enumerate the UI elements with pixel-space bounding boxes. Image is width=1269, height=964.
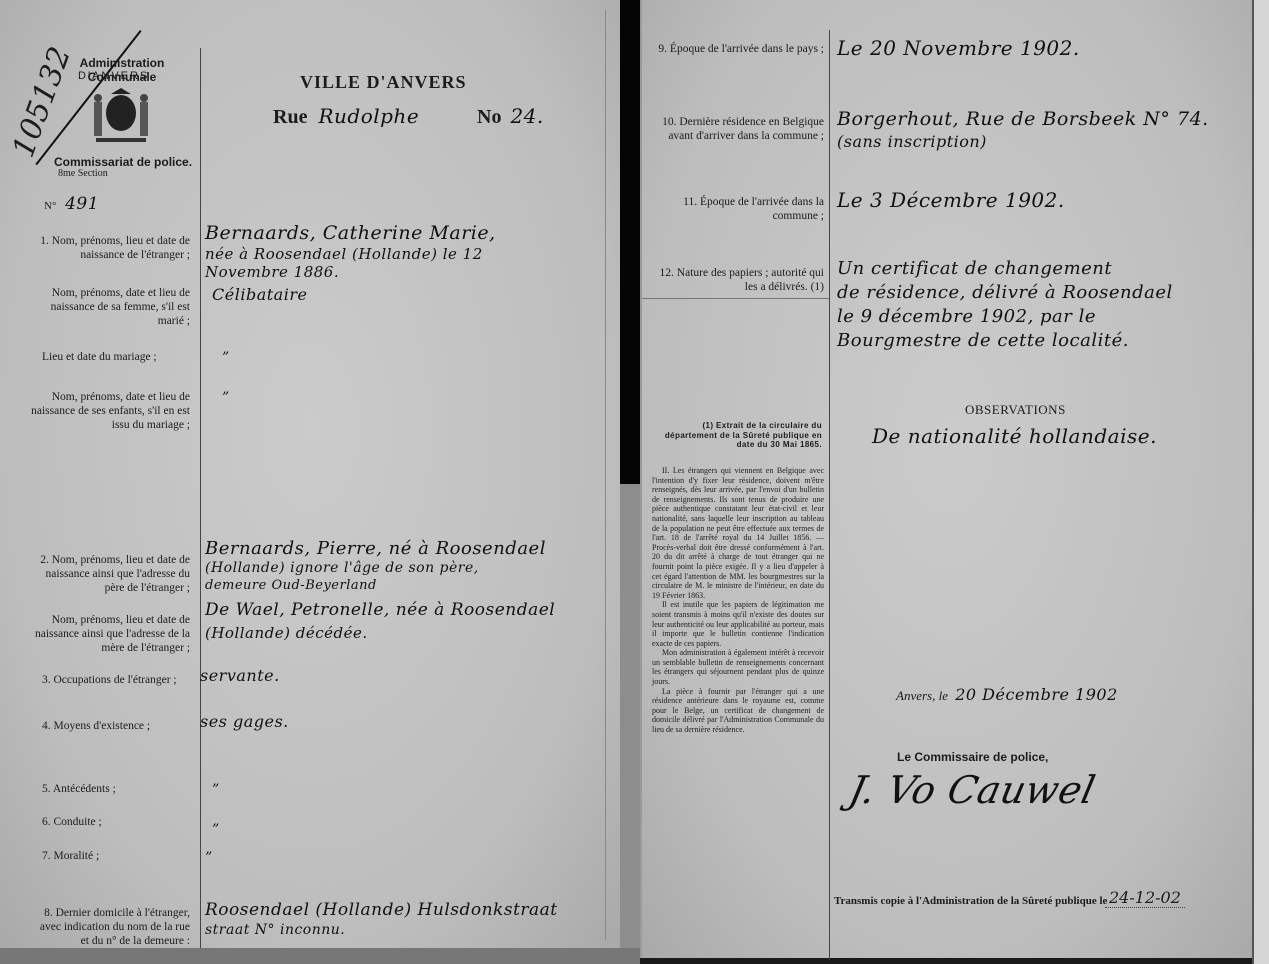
signature: J. Vo Cauwel xyxy=(845,768,1099,812)
house-number-line: No 24. xyxy=(477,104,544,129)
column-divider xyxy=(200,48,201,948)
field-value: demeure Oud-Beyerland xyxy=(205,578,377,593)
field-value: Borgerhout, Rue de Borsbeek N° 74. xyxy=(837,108,1209,130)
footnote-paragraph: Mon administration à également intérêt à… xyxy=(652,648,824,686)
field-label: 4. Moyens d'existence ; xyxy=(42,719,202,733)
coat-of-arms-icon xyxy=(86,88,156,146)
transmission-label: Transmis copie à l'Administration de la … xyxy=(834,895,1107,907)
numero-label: No xyxy=(477,106,501,128)
signer-title: Le Commissaire de police, xyxy=(897,750,1048,764)
section-label: 8me Section xyxy=(58,168,108,179)
place-date-line: Anvers, le 20 Décembre 1902 xyxy=(896,685,1118,704)
field-value: Un certificat de changement xyxy=(837,258,1112,279)
no-value: 491 xyxy=(65,194,99,214)
page-right-edge xyxy=(1252,0,1269,964)
ditto-mark: ” xyxy=(222,350,230,366)
ditto-mark: ” xyxy=(212,782,220,798)
rue-label: Rue xyxy=(273,106,307,128)
field-label: 2. Nom, prénoms, lieu et date de naissan… xyxy=(30,553,190,595)
rue-value: Rudolphe xyxy=(318,104,419,128)
field-label: 8. Dernier domicile à l'étranger, avec i… xyxy=(30,906,190,948)
field-label: Nom, prénoms, date et lieu de naissance … xyxy=(30,286,190,328)
field-value: De Wael, Petronelle, née à Roosendael xyxy=(205,600,555,620)
field-value: servante. xyxy=(200,666,280,685)
column-divider xyxy=(829,30,830,960)
field-label: 9. Époque de l'arrivée dans le pays ; xyxy=(652,42,824,56)
ditto-mark: ” xyxy=(222,390,230,406)
observations-title: OBSERVATIONS xyxy=(965,402,1066,418)
ditto-mark: ” xyxy=(205,850,213,866)
field-label: Nom, prénoms, lieu et date de naissance … xyxy=(30,613,190,655)
footnote-paragraph: II. Les étrangers qui viennent en Belgiq… xyxy=(652,466,824,600)
margin-line xyxy=(605,10,606,940)
field-label: 12. Nature des papiers ; autorité qui le… xyxy=(652,266,824,294)
field-value: ses gages. xyxy=(200,712,289,731)
place-date-value: 20 Décembre 1902 xyxy=(955,685,1118,704)
no-label: N° xyxy=(44,200,56,212)
footnote-paragraph: Il est inutile que les papiers de légiti… xyxy=(652,600,824,648)
field-label: Lieu et date du mariage ; xyxy=(42,350,202,364)
street-line: Rue Rudolphe xyxy=(273,104,419,129)
field-value: Novembre 1886. xyxy=(205,263,339,281)
field-value: Célibataire xyxy=(212,285,307,304)
page-bottom-edge xyxy=(0,948,640,964)
field-label: 1. Nom, prénoms, lieu et date de naissan… xyxy=(30,234,190,262)
transmission-date: 24-12-02 xyxy=(1105,888,1185,908)
field-label: 6. Conduite ; xyxy=(42,815,202,829)
admin-city: D'ANVERS. xyxy=(78,70,154,82)
numero-value: 24. xyxy=(510,104,543,128)
field-value: straat N° inconnu. xyxy=(205,922,345,938)
field-value: (sans inscription) xyxy=(837,132,987,151)
footnote-text: II. Les étrangers qui viennent en Belgiq… xyxy=(652,466,824,735)
book-gutter xyxy=(620,0,640,484)
field-label: 5. Antécédents ; xyxy=(42,782,202,796)
field-value: de résidence, délivré à Roosendael xyxy=(837,282,1173,303)
field-value: Roosendael (Hollande) Hulsdonkstraat xyxy=(205,900,558,920)
field-label: 7. Moralité ; xyxy=(42,849,202,863)
book-gutter-lower xyxy=(620,484,640,964)
section-separator xyxy=(642,298,829,299)
field-value: (Hollande) décédée. xyxy=(205,624,368,642)
field-value: (Hollande) ignore l'âge de son père, xyxy=(205,560,479,576)
field-value: Le 20 Novembre 1902. xyxy=(837,36,1080,60)
field-label: 3. Occupations de l'étranger ; xyxy=(42,673,202,687)
field-value: Bernaards, Catherine Marie, xyxy=(205,222,496,244)
field-value: Bernaards, Pierre, né à Roosendael xyxy=(205,538,546,559)
field-label: 10. Dernière résidence en Belgique avant… xyxy=(652,115,824,143)
place-date-prefix: Anvers, le xyxy=(896,688,948,703)
commissariat-label: Commissariat de police. xyxy=(54,155,192,169)
observations-text: De nationalité hollandaise. xyxy=(872,424,1157,448)
field-value: Bourgmestre de cette localité. xyxy=(837,330,1129,351)
footnote-heading: (1) Extrait de la circulaire du départem… xyxy=(652,421,822,450)
field-label: Nom, prénoms, date et lieu de naissance … xyxy=(30,390,190,432)
city-title: VILLE D'ANVERS xyxy=(300,72,467,93)
registration-number: N° 491 xyxy=(44,194,99,214)
right-page: 9. Époque de l'arrivée dans le pays ; 10… xyxy=(640,0,1254,958)
field-value: le 9 décembre 1902, par le xyxy=(837,306,1096,327)
field-label: 11. Époque de l'arrivée dans la commune … xyxy=(652,195,824,223)
footnote-paragraph: La pièce à fournir par l'étranger qui a … xyxy=(652,687,824,735)
ditto-mark: ” xyxy=(212,822,220,838)
field-value: Le 3 Décembre 1902. xyxy=(837,188,1065,212)
left-page: 105132 Administration Communale D'ANVERS… xyxy=(0,0,620,948)
field-value: née à Roosendael (Hollande) le 12 xyxy=(205,245,483,263)
